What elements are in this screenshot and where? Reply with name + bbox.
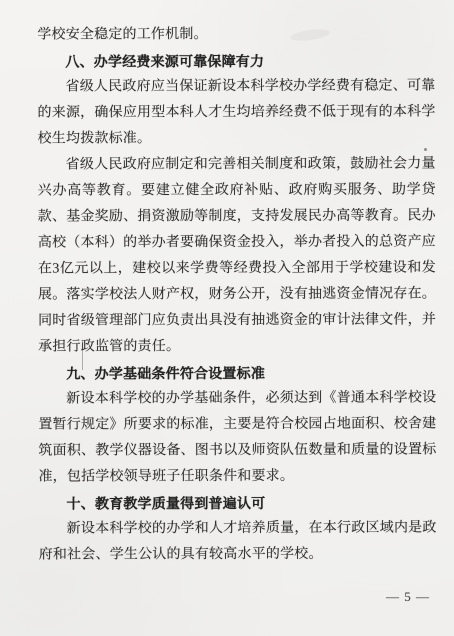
scanned-document-page: 学校安全稳定的工作机制。八、办学经费来源可靠保障有力省级人民政府应当保证新设本科… bbox=[0, 0, 454, 636]
paragraph: 省级人民政府应制定和完善相关制度和政策，鼓励社会力量兴办高等教育。要建立健全政府… bbox=[38, 151, 437, 360]
document-body: 学校安全稳定的工作机制。八、办学经费来源可靠保障有力省级人民政府应当保证新设本科… bbox=[37, 21, 436, 568]
scan-artifact-dot bbox=[424, 148, 427, 151]
paragraph: 新设本科学校的办学基础条件，必须达到《普通本科学校设置暂行规定》所要求的标准，主… bbox=[38, 385, 436, 490]
paragraph: 省级人民政府应当保证新设本科学校办学经费有稳定、可靠的来源，确保应用型本科人才生… bbox=[37, 73, 435, 152]
section-heading: 八、办学经费来源可靠保障有力 bbox=[37, 47, 435, 74]
paragraph: 新设本科学校的办学和人才培养质量，在本行政区域内是政府和社会、学生公认的具有较高… bbox=[39, 515, 437, 568]
scan-artifact-stray-line bbox=[82, 340, 83, 370]
paragraph: 学校安全稳定的工作机制。 bbox=[37, 21, 435, 48]
section-heading: 十、教育教学质量得到普遍认可 bbox=[39, 489, 437, 516]
page-number: — 5 — bbox=[386, 589, 430, 605]
section-heading: 九、办学基础条件符合设置标准 bbox=[38, 359, 436, 386]
